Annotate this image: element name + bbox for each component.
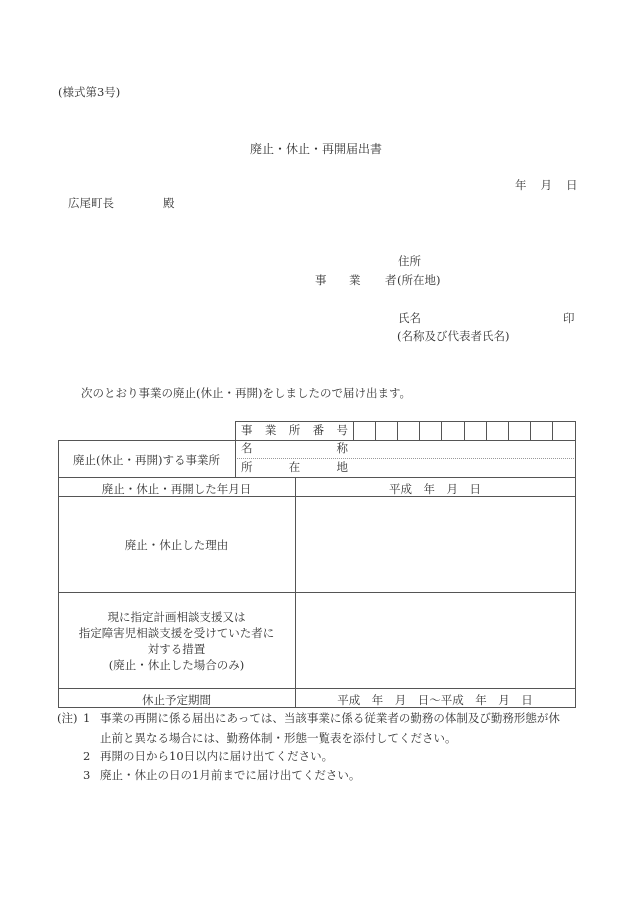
office-number-label: 事 業 所 番 号 [241, 425, 348, 437]
addressee-honorific: 殿 [163, 198, 175, 210]
measures-label-line: (廃止・休止した場合のみ) [58, 657, 295, 673]
label-char: 在 [289, 462, 301, 474]
note-3-number: 3 [83, 770, 90, 782]
location-label: (所在地) [397, 275, 440, 287]
business-label-3: 者 [385, 275, 397, 287]
business-label-2: 業 [349, 275, 361, 287]
office-name-field[interactable] [353, 441, 575, 458]
measures-label-line: 指定障害児相談支援を受けていた者に [58, 625, 295, 641]
note-1-line2: 止前と異なる場合には、勤務体制・形態一覧表を添付してください。 [100, 733, 457, 745]
measures-row-label: 現に指定計画相談支援又は 指定障害児相談支援を受けていた者に 対する措置 (廃止… [58, 609, 295, 673]
label-char: 号 [337, 425, 349, 437]
business-label-1: 事 [315, 275, 327, 287]
date-line: 年月日 [515, 180, 575, 192]
reason-field[interactable] [296, 497, 575, 592]
note-1-line1: 事業の再開に係る届出にあっては、当該事業に係る従業者の勤務の体制及び勤務形態が休 [100, 713, 560, 725]
label-char: 所 [289, 425, 301, 437]
office-location-label: 所 在 地 [241, 462, 348, 474]
document-title: 廃止・休止・再開届出書 [250, 143, 382, 155]
addressee-name: 広尾町長 [68, 198, 114, 210]
period-row-value[interactable]: 平成 年 月 日～平成 年 月 日 [295, 692, 575, 709]
name-note: (名称及び代表者氏名) [397, 331, 509, 343]
label-char: 所 [241, 462, 253, 474]
day-label: 日 [566, 178, 578, 192]
note-2-text: 再開の日から10日以内に届け出てください。 [100, 751, 333, 763]
office-label: 廃止(休止・再開)する事業所 [58, 452, 235, 469]
period-row-label: 休止予定期間 [58, 692, 295, 709]
label-char: 番 [313, 425, 325, 437]
notes-prefix: (注) [57, 713, 77, 725]
name-label: 氏名 [398, 313, 421, 325]
label-char: 名 [241, 443, 253, 455]
month-label: 月 [541, 178, 553, 192]
label-char: 事 [241, 425, 253, 437]
date-row-label: 廃止・休止・再開した年月日 [58, 481, 295, 498]
note-1-number: 1 [83, 713, 90, 725]
year-label: 年 [515, 178, 527, 192]
reason-row-label: 廃止・休止した理由 [58, 537, 295, 554]
office-location-field[interactable] [353, 459, 575, 476]
office-name-label: 名 称 [241, 443, 348, 455]
address-label: 住所 [398, 256, 421, 268]
measures-field[interactable] [296, 593, 575, 688]
date-row-value[interactable]: 平成 年 月 日 [295, 481, 575, 498]
label-char: 地 [337, 462, 349, 474]
office-number-boxes[interactable] [354, 422, 575, 440]
form-number: (様式第3号) [58, 87, 120, 99]
seal-label: 印 [563, 313, 575, 325]
label-char: 業 [265, 425, 277, 437]
measures-label-line: 現に指定計画相談支援又は [58, 609, 295, 625]
note-2-number: 2 [83, 751, 90, 763]
label-char: 称 [337, 443, 349, 455]
note-3-text: 廃止・休止の日の1月前までに届け出てください。 [100, 770, 360, 782]
measures-label-line: 対する措置 [58, 641, 295, 657]
intro-text: 次のとおり事業の廃止(休止・再開)をしましたので届け出ます。 [81, 388, 411, 400]
